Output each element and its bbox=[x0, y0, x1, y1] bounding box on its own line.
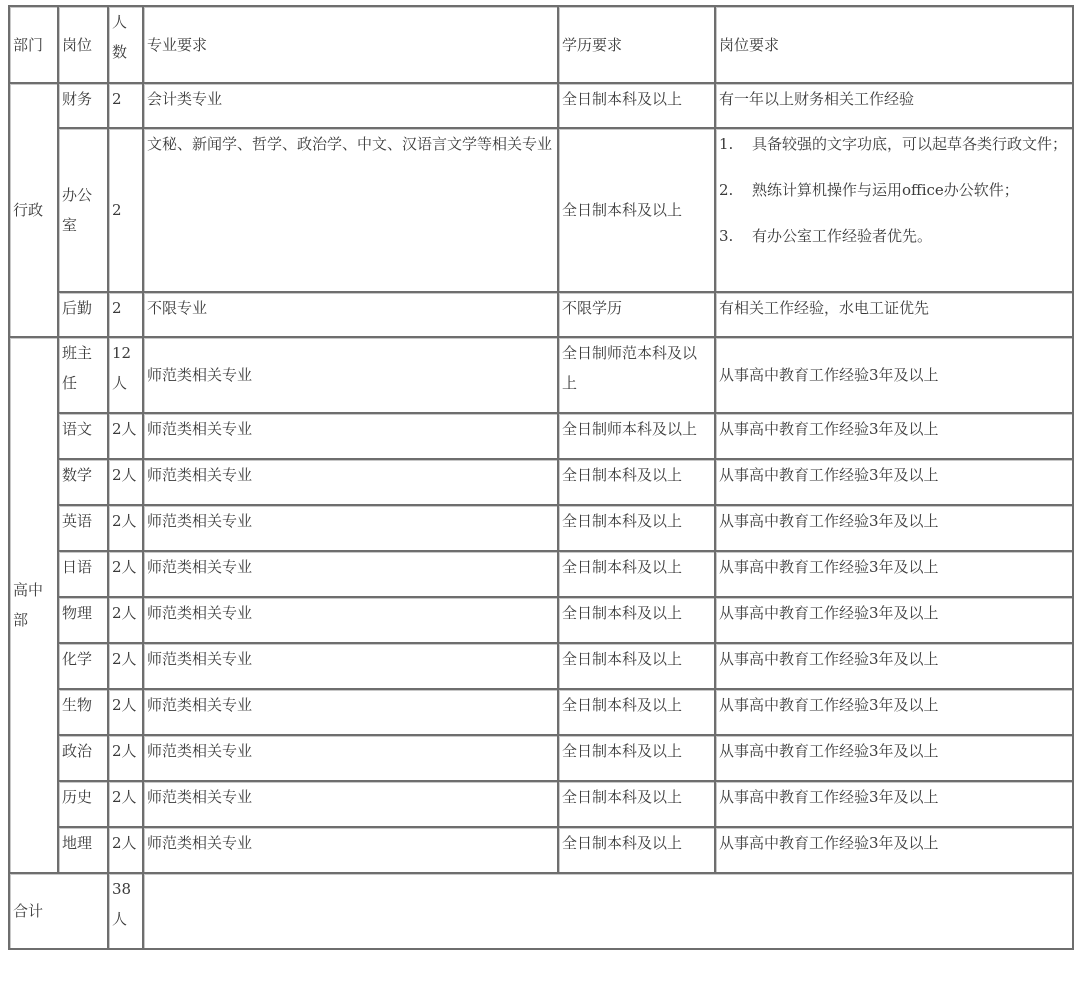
major-cell: 文秘、新闻学、哲学、政治学、中文、汉语言文学等相关专业 bbox=[144, 129, 559, 293]
major-cell: 会计类专业 bbox=[144, 84, 559, 129]
count-cell: 12人 bbox=[109, 338, 144, 414]
total-count: 38人 bbox=[109, 874, 144, 950]
education-cell: 全日制本科及以上 bbox=[559, 598, 716, 644]
requirements-cell: 有一年以上财务相关工作经验 bbox=[716, 84, 1074, 129]
requirements-cell: 从事高中教育工作经验3年及以上 bbox=[716, 690, 1074, 736]
requirement-text: 有办公室工作经验者优先。 bbox=[752, 227, 932, 245]
major-cell: 师范类相关专业 bbox=[144, 460, 559, 506]
table-row: 后勤2不限专业不限学历有相关工作经验，水电工证优先 bbox=[10, 293, 1074, 338]
table-row: 语文2人师范类相关专业全日制师本科及以上从事高中教育工作经验3年及以上 bbox=[10, 414, 1074, 460]
requirements-cell: 从事高中教育工作经验3年及以上 bbox=[716, 414, 1074, 460]
major-cell: 师范类相关专业 bbox=[144, 598, 559, 644]
position-cell: 政治 bbox=[59, 736, 109, 782]
position-cell: 班主任 bbox=[59, 338, 109, 414]
count-cell: 2人 bbox=[109, 460, 144, 506]
header-education: 学历要求 bbox=[559, 7, 716, 84]
table-row: 高中部班主任12人师范类相关专业全日制师范本科及以上从事高中教育工作经验3年及以… bbox=[10, 338, 1074, 414]
requirements-cell: 从事高中教育工作经验3年及以上 bbox=[716, 736, 1074, 782]
count-cell: 2人 bbox=[109, 736, 144, 782]
education-cell: 不限学历 bbox=[559, 293, 716, 338]
position-cell: 化学 bbox=[59, 644, 109, 690]
total-row: 合计38人 bbox=[10, 874, 1074, 950]
count-cell: 2人 bbox=[109, 690, 144, 736]
requirements-cell: 从事高中教育工作经验3年及以上 bbox=[716, 338, 1074, 414]
table-row: 历史2人师范类相关专业全日制本科及以上从事高中教育工作经验3年及以上 bbox=[10, 782, 1074, 828]
count-cell: 2人 bbox=[109, 598, 144, 644]
major-cell: 不限专业 bbox=[144, 293, 559, 338]
requirement-text: 熟练计算机操作与运用office办公软件； bbox=[752, 181, 1019, 199]
major-cell: 师范类相关专业 bbox=[144, 338, 559, 414]
position-cell: 历史 bbox=[59, 782, 109, 828]
table-row: 政治2人师范类相关专业全日制本科及以上从事高中教育工作经验3年及以上 bbox=[10, 736, 1074, 782]
education-cell: 全日制本科及以上 bbox=[559, 782, 716, 828]
education-cell: 全日制本科及以上 bbox=[559, 552, 716, 598]
major-cell: 师范类相关专业 bbox=[144, 506, 559, 552]
count-cell: 2 bbox=[109, 293, 144, 338]
education-cell: 全日制本科及以上 bbox=[559, 690, 716, 736]
count-cell: 2人 bbox=[109, 414, 144, 460]
recruitment-table: 部门 岗位 人数 专业要求 学历要求 岗位要求 行政财务2会计类专业全日制本科及… bbox=[8, 5, 1074, 950]
table-row: 办公室2文秘、新闻学、哲学、政治学、中文、汉语言文学等相关专业全日制本科及以上1… bbox=[10, 129, 1074, 293]
header-major: 专业要求 bbox=[144, 7, 559, 84]
position-cell: 生物 bbox=[59, 690, 109, 736]
header-row: 部门 岗位 人数 专业要求 学历要求 岗位要求 bbox=[10, 7, 1074, 84]
requirements-cell: 从事高中教育工作经验3年及以上 bbox=[716, 782, 1074, 828]
count-cell: 2人 bbox=[109, 644, 144, 690]
requirement-item: 3.有办公室工作经验者优先。 bbox=[719, 221, 1069, 251]
requirement-item: 1.具备较强的文字功底，可以起草各类行政文件； bbox=[719, 129, 1069, 159]
table-row: 英语2人师范类相关专业全日制本科及以上从事高中教育工作经验3年及以上 bbox=[10, 506, 1074, 552]
requirements-cell: 从事高中教育工作经验3年及以上 bbox=[716, 552, 1074, 598]
requirements-cell: 从事高中教育工作经验3年及以上 bbox=[716, 460, 1074, 506]
education-cell: 全日制本科及以上 bbox=[559, 129, 716, 293]
department-cell: 高中部 bbox=[10, 338, 59, 874]
education-cell: 全日制本科及以上 bbox=[559, 84, 716, 129]
requirement-text: 具备较强的文字功底，可以起草各类行政文件； bbox=[752, 135, 1067, 153]
header-count: 人数 bbox=[109, 7, 144, 84]
position-cell: 日语 bbox=[59, 552, 109, 598]
education-cell: 全日制本科及以上 bbox=[559, 460, 716, 506]
position-cell: 语文 bbox=[59, 414, 109, 460]
requirements-cell: 从事高中教育工作经验3年及以上 bbox=[716, 506, 1074, 552]
position-cell: 英语 bbox=[59, 506, 109, 552]
major-cell: 师范类相关专业 bbox=[144, 690, 559, 736]
major-cell: 师范类相关专业 bbox=[144, 736, 559, 782]
major-cell: 师范类相关专业 bbox=[144, 782, 559, 828]
education-cell: 全日制师本科及以上 bbox=[559, 414, 716, 460]
requirement-number: 2. bbox=[719, 175, 752, 205]
requirement-number: 3. bbox=[719, 221, 752, 251]
header-department: 部门 bbox=[10, 7, 59, 84]
count-cell: 2 bbox=[109, 129, 144, 293]
position-cell: 财务 bbox=[59, 84, 109, 129]
position-cell: 地理 bbox=[59, 828, 109, 874]
table-row: 化学2人师范类相关专业全日制本科及以上从事高中教育工作经验3年及以上 bbox=[10, 644, 1074, 690]
major-cell: 师范类相关专业 bbox=[144, 644, 559, 690]
position-cell: 后勤 bbox=[59, 293, 109, 338]
table-row: 地理2人师范类相关专业全日制本科及以上从事高中教育工作经验3年及以上 bbox=[10, 828, 1074, 874]
table-row: 行政财务2会计类专业全日制本科及以上有一年以上财务相关工作经验 bbox=[10, 84, 1074, 129]
education-cell: 全日制本科及以上 bbox=[559, 828, 716, 874]
table-row: 日语2人师范类相关专业全日制本科及以上从事高中教育工作经验3年及以上 bbox=[10, 552, 1074, 598]
table-row: 物理2人师范类相关专业全日制本科及以上从事高中教育工作经验3年及以上 bbox=[10, 598, 1074, 644]
count-cell: 2人 bbox=[109, 828, 144, 874]
requirements-list: 1.具备较强的文字功底，可以起草各类行政文件；2.熟练计算机操作与运用offic… bbox=[719, 129, 1069, 251]
requirements-cell: 有相关工作经验，水电工证优先 bbox=[716, 293, 1074, 338]
table-row: 数学2人师范类相关专业全日制本科及以上从事高中教育工作经验3年及以上 bbox=[10, 460, 1074, 506]
education-cell: 全日制本科及以上 bbox=[559, 736, 716, 782]
header-position: 岗位 bbox=[59, 7, 109, 84]
header-requirements: 岗位要求 bbox=[716, 7, 1074, 84]
count-cell: 2人 bbox=[109, 782, 144, 828]
requirements-cell: 从事高中教育工作经验3年及以上 bbox=[716, 644, 1074, 690]
requirements-cell: 从事高中教育工作经验3年及以上 bbox=[716, 828, 1074, 874]
requirement-number: 1. bbox=[719, 129, 752, 159]
total-note bbox=[144, 874, 1074, 950]
major-cell: 师范类相关专业 bbox=[144, 552, 559, 598]
requirement-item: 2.熟练计算机操作与运用office办公软件； bbox=[719, 175, 1069, 205]
major-cell: 师范类相关专业 bbox=[144, 414, 559, 460]
requirements-cell: 1.具备较强的文字功底，可以起草各类行政文件；2.熟练计算机操作与运用offic… bbox=[716, 129, 1074, 293]
count-cell: 2 bbox=[109, 84, 144, 129]
requirements-cell: 从事高中教育工作经验3年及以上 bbox=[716, 598, 1074, 644]
major-cell: 师范类相关专业 bbox=[144, 828, 559, 874]
education-cell: 全日制师范本科及以上 bbox=[559, 338, 716, 414]
count-cell: 2人 bbox=[109, 506, 144, 552]
education-cell: 全日制本科及以上 bbox=[559, 644, 716, 690]
position-cell: 办公室 bbox=[59, 129, 109, 293]
count-cell: 2人 bbox=[109, 552, 144, 598]
total-label: 合计 bbox=[10, 874, 109, 950]
education-cell: 全日制本科及以上 bbox=[559, 506, 716, 552]
table-row: 生物2人师范类相关专业全日制本科及以上从事高中教育工作经验3年及以上 bbox=[10, 690, 1074, 736]
position-cell: 物理 bbox=[59, 598, 109, 644]
position-cell: 数学 bbox=[59, 460, 109, 506]
department-cell: 行政 bbox=[10, 84, 59, 338]
